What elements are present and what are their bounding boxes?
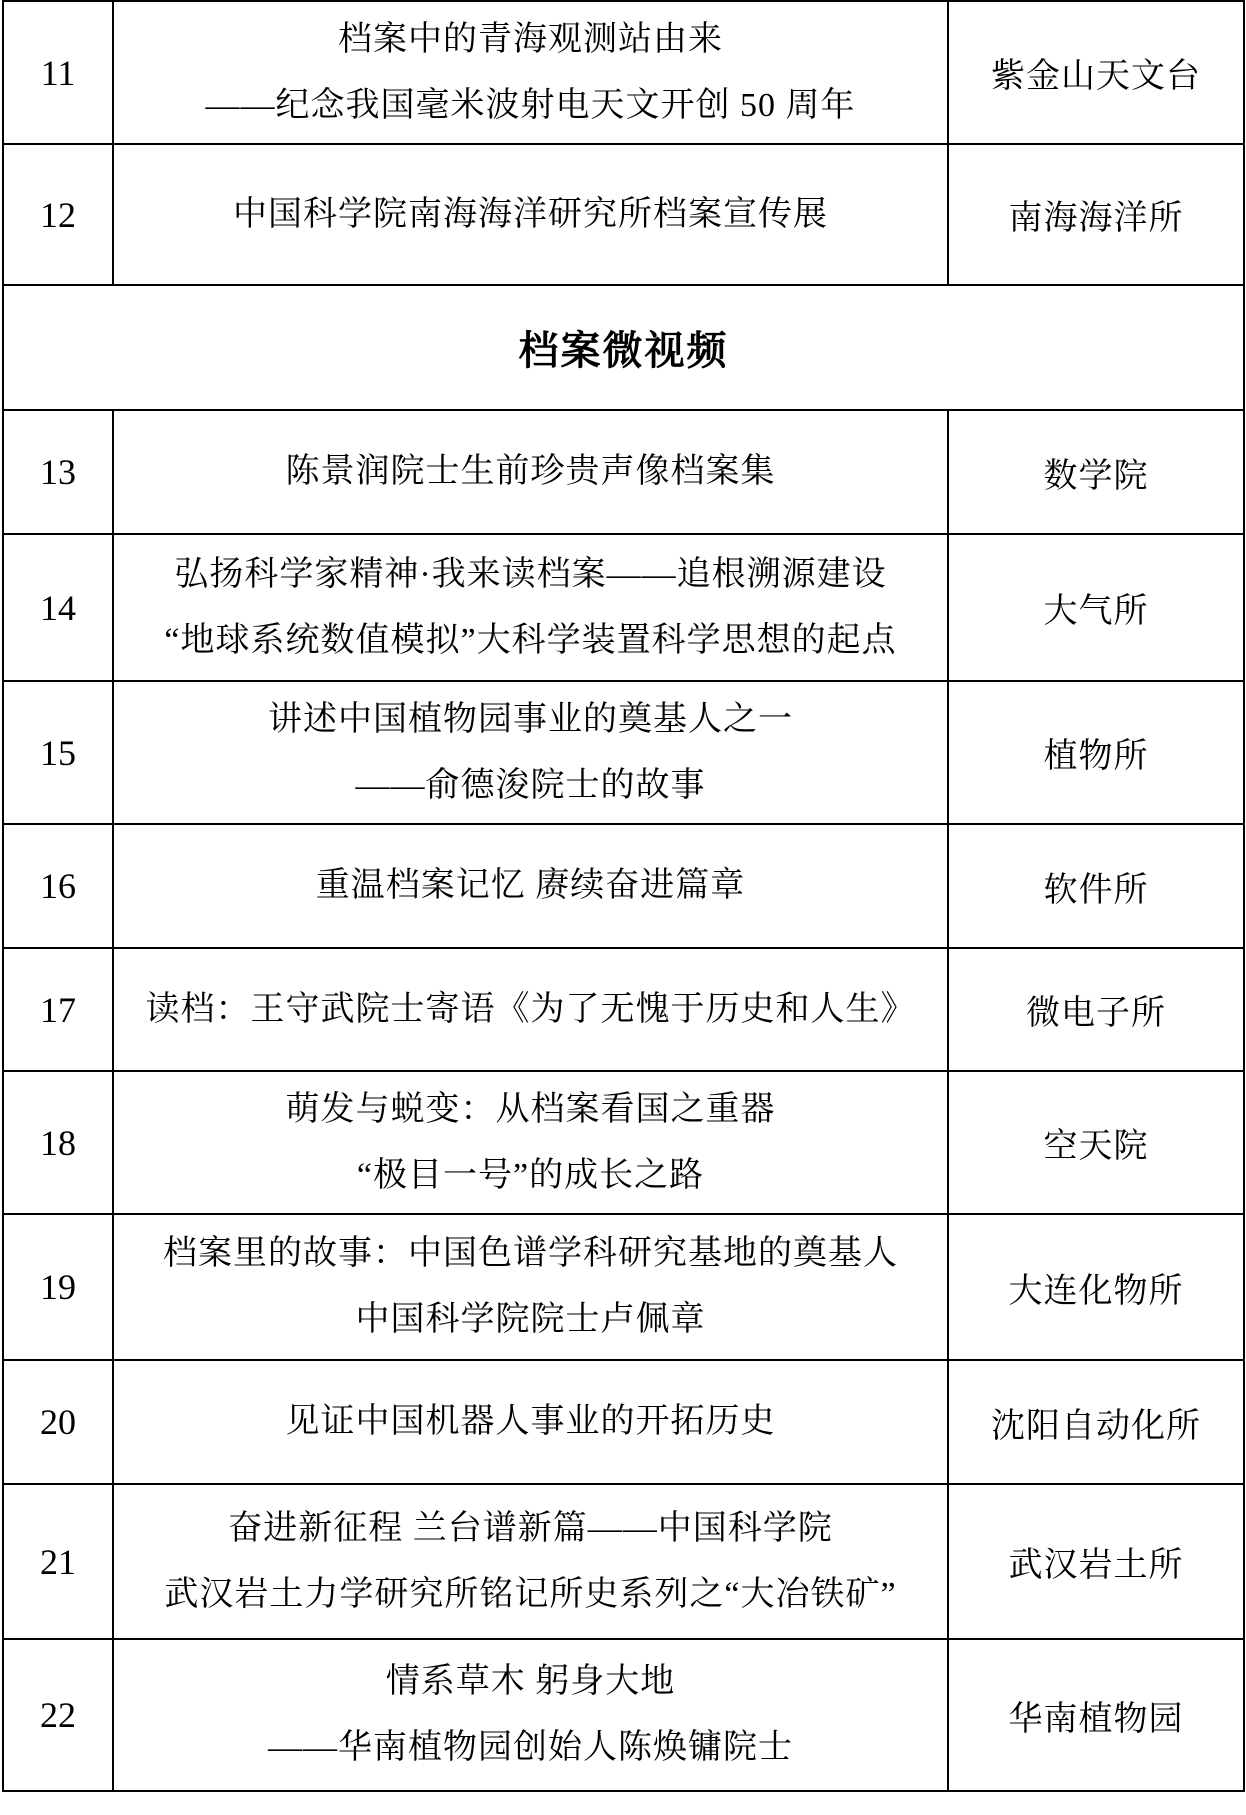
title-line: 讲述中国植物园事业的奠基人之一: [114, 687, 947, 753]
title-line: “极目一号”的成长之路: [114, 1143, 947, 1209]
title-line: 中国科学院院士卢佩章: [114, 1287, 947, 1353]
table-row: 13 陈景润院士生前珍贵声像档案集 数学院: [3, 410, 1244, 534]
row-number: 20: [3, 1360, 113, 1484]
archive-table: 11 档案中的青海观测站由来 ——纪念我国毫米波射电天文开创 50 周年 紫金山…: [2, 0, 1245, 1792]
row-title: 档案里的故事：中国色谱学科研究基地的奠基人 中国科学院院士卢佩章: [113, 1214, 948, 1360]
row-number: 12: [3, 144, 113, 285]
title-line: ——纪念我国毫米波射电天文开创 50 周年: [114, 73, 947, 139]
title-line: 重温档案记忆 赓续奋进篇章: [114, 853, 947, 919]
row-title: 见证中国机器人事业的开拓历史: [113, 1360, 948, 1484]
row-title: 弘扬科学家精神·我来读档案——追根溯源建设 “地球系统数值模拟”大科学装置科学思…: [113, 534, 948, 681]
title-line: 陈景润院士生前珍贵声像档案集: [114, 439, 947, 505]
row-organization: 华南植物园: [948, 1639, 1244, 1791]
title-line: 读档：王守武院士寄语《为了无愧于历史和人生》: [114, 977, 947, 1043]
title-line: 档案里的故事：中国色谱学科研究基地的奠基人: [114, 1221, 947, 1287]
section-header-row: 档案微视频: [3, 285, 1244, 410]
row-title: 重温档案记忆 赓续奋进篇章: [113, 824, 948, 948]
row-number: 21: [3, 1484, 113, 1639]
table-row: 17 读档：王守武院士寄语《为了无愧于历史和人生》 微电子所: [3, 948, 1244, 1071]
title-line: 武汉岩土力学研究所铭记所史系列之“大冶铁矿”: [114, 1562, 947, 1628]
row-number: 19: [3, 1214, 113, 1360]
title-line: 情系草木 躬身大地: [114, 1649, 947, 1715]
row-title: 情系草木 躬身大地 ——华南植物园创始人陈焕镛院士: [113, 1639, 948, 1791]
row-title: 奋进新征程 兰台谱新篇——中国科学院 武汉岩土力学研究所铭记所史系列之“大冶铁矿…: [113, 1484, 948, 1639]
row-organization: 武汉岩土所: [948, 1484, 1244, 1639]
row-organization: 南海海洋所: [948, 144, 1244, 285]
row-title: 萌发与蜕变：从档案看国之重器 “极目一号”的成长之路: [113, 1071, 948, 1214]
row-organization: 软件所: [948, 824, 1244, 948]
row-organization: 沈阳自动化所: [948, 1360, 1244, 1484]
row-organization: 大气所: [948, 534, 1244, 681]
table-row: 21 奋进新征程 兰台谱新篇——中国科学院 武汉岩土力学研究所铭记所史系列之“大…: [3, 1484, 1244, 1639]
row-number: 11: [3, 1, 113, 144]
row-number: 17: [3, 948, 113, 1071]
row-organization: 紫金山天文台: [948, 1, 1244, 144]
title-line: 弘扬科学家精神·我来读档案——追根溯源建设: [114, 542, 947, 608]
table-row: 19 档案里的故事：中国色谱学科研究基地的奠基人 中国科学院院士卢佩章 大连化物…: [3, 1214, 1244, 1360]
table-row: 18 萌发与蜕变：从档案看国之重器 “极目一号”的成长之路 空天院: [3, 1071, 1244, 1214]
table-row: 12 中国科学院南海海洋研究所档案宣传展 南海海洋所: [3, 144, 1244, 285]
row-organization: 数学院: [948, 410, 1244, 534]
row-title: 讲述中国植物园事业的奠基人之一 ——俞德浚院士的故事: [113, 681, 948, 824]
row-title: 陈景润院士生前珍贵声像档案集: [113, 410, 948, 534]
row-number: 18: [3, 1071, 113, 1214]
title-line: 中国科学院南海海洋研究所档案宣传展: [114, 182, 947, 248]
table-row: 14 弘扬科学家精神·我来读档案——追根溯源建设 “地球系统数值模拟”大科学装置…: [3, 534, 1244, 681]
table-row: 15 讲述中国植物园事业的奠基人之一 ——俞德浚院士的故事 植物所: [3, 681, 1244, 824]
title-line: 见证中国机器人事业的开拓历史: [114, 1389, 947, 1455]
title-line: ——俞德浚院士的故事: [114, 753, 947, 819]
section-header: 档案微视频: [3, 285, 1244, 410]
table-row: 11 档案中的青海观测站由来 ——纪念我国毫米波射电天文开创 50 周年 紫金山…: [3, 1, 1244, 144]
title-line: ——华南植物园创始人陈焕镛院士: [114, 1715, 947, 1781]
row-title: 中国科学院南海海洋研究所档案宣传展: [113, 144, 948, 285]
row-organization: 大连化物所: [948, 1214, 1244, 1360]
row-title: 读档：王守武院士寄语《为了无愧于历史和人生》: [113, 948, 948, 1071]
title-line: 档案中的青海观测站由来: [114, 7, 947, 73]
row-number: 15: [3, 681, 113, 824]
row-organization: 空天院: [948, 1071, 1244, 1214]
document-page: 11 档案中的青海观测站由来 ——纪念我国毫米波射电天文开创 50 周年 紫金山…: [0, 0, 1246, 1815]
row-number: 22: [3, 1639, 113, 1791]
row-organization: 微电子所: [948, 948, 1244, 1071]
table-row: 16 重温档案记忆 赓续奋进篇章 软件所: [3, 824, 1244, 948]
title-line: “地球系统数值模拟”大科学装置科学思想的起点: [114, 608, 947, 674]
table-row: 22 情系草木 躬身大地 ——华南植物园创始人陈焕镛院士 华南植物园: [3, 1639, 1244, 1791]
row-number: 16: [3, 824, 113, 948]
row-title: 档案中的青海观测站由来 ——纪念我国毫米波射电天文开创 50 周年: [113, 1, 948, 144]
row-organization: 植物所: [948, 681, 1244, 824]
table-row: 20 见证中国机器人事业的开拓历史 沈阳自动化所: [3, 1360, 1244, 1484]
row-number: 14: [3, 534, 113, 681]
row-number: 13: [3, 410, 113, 534]
title-line: 萌发与蜕变：从档案看国之重器: [114, 1077, 947, 1143]
title-line: 奋进新征程 兰台谱新篇——中国科学院: [114, 1496, 947, 1562]
